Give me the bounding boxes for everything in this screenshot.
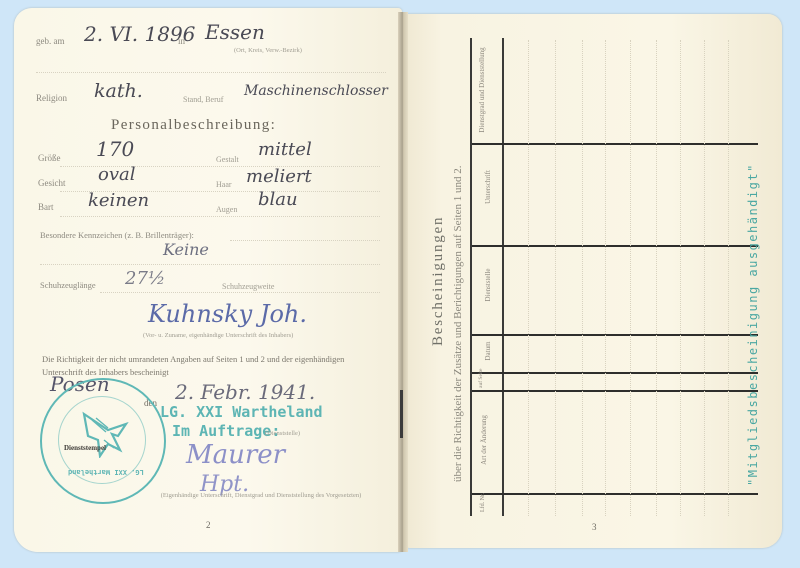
row-guide (555, 40, 556, 516)
signature-hint: (Eigenhändige Unterschrift, Dienstgrad u… (143, 491, 379, 500)
holder-signature-hint: (Vor- u. Zuname, eigenhändige Unterschri… (143, 332, 293, 339)
column-separator (472, 493, 758, 495)
birth-place-hint: (Ort, Kreis, Verw.-Bezirk) (234, 47, 302, 54)
eyes-label: Augen (216, 205, 237, 214)
book-spine (398, 12, 408, 552)
column-separator (472, 143, 758, 145)
build-label: Gestalt (216, 155, 239, 164)
special-marks-label: Besondere Kennzeichen (z. B. Brillenträg… (40, 230, 194, 240)
certificates-subtitle: über die Richtigkeit der Zusätze und Ber… (452, 166, 464, 482)
religion-value: kath. (94, 80, 143, 102)
round-stamp-inner-text: LG. XXI Wartheland (68, 468, 144, 476)
height-label: Größe (38, 153, 61, 163)
row-guide (605, 40, 606, 516)
personal-description-heading: Personalbeschreibung: (111, 117, 276, 134)
rule (36, 72, 386, 73)
column-header-rank: Dienstgrad und Dienststellung (478, 40, 486, 140)
table-border-left (470, 38, 472, 516)
in-label: in (178, 36, 185, 46)
column-separator (472, 390, 758, 392)
row-guide (680, 40, 681, 516)
row-guide (528, 40, 529, 516)
column-header-seq-no: Lfd. Nr. (480, 494, 487, 512)
row-guide (704, 40, 705, 516)
row-guide (582, 40, 583, 516)
office-stamp-line1: LG. XXI Wartheland (160, 403, 323, 421)
rule (60, 216, 380, 217)
occupation-value: Maschinenschlosser (244, 83, 388, 99)
build-value: mittel (258, 139, 312, 160)
column-header-page: auf Seite (478, 372, 484, 388)
shoe-width-label: Schuhzeugweite (222, 282, 274, 291)
hair-label: Haar (216, 180, 232, 189)
service-stamp-label: Dienststempel (64, 444, 106, 452)
face-label: Gesicht (38, 178, 66, 188)
beard-label: Bart (38, 202, 54, 212)
typed-membership-note: "Mitgliedsbescheinigung ausgehändigt" (746, 163, 760, 486)
hair-value: meliert (246, 166, 312, 187)
office-hint: (Dienststelle) (265, 430, 300, 437)
religion-label: Religion (36, 93, 67, 103)
shoe-length-value: 27½ (125, 268, 165, 289)
certificates-title: Bescheinigungen (430, 216, 447, 346)
special-marks-value: Keine (163, 240, 209, 259)
column-header-date: Datum (484, 334, 492, 368)
column-separator (472, 334, 758, 336)
rule (40, 264, 380, 265)
staple (400, 390, 403, 438)
shoe-length-label: Schuhzeuglänge (40, 280, 96, 290)
page-number-right: 3 (592, 522, 597, 532)
row-guide (728, 40, 729, 516)
certification-date: 2. Febr. 1941. (175, 380, 315, 404)
beard-value: keinen (88, 190, 149, 211)
page-number-left: 2 (206, 520, 211, 530)
face-value: oval (98, 164, 136, 185)
rule (230, 240, 380, 241)
superior-signature: Maurer (186, 440, 285, 470)
rule (100, 292, 380, 293)
table-header-divider (502, 38, 504, 516)
column-header-signature: Unterschrift (484, 152, 492, 222)
holder-signature: Kuhnsky Joh. (148, 300, 307, 328)
row-guide (630, 40, 631, 516)
height-value: 170 (96, 137, 134, 161)
born-on-label: geb. am (36, 36, 65, 46)
column-header-change-type: Art der Änderung (480, 410, 488, 470)
row-guide (656, 40, 657, 516)
occupation-label: Stand, Beruf (183, 95, 223, 104)
column-header-office: Dienststelle (484, 250, 492, 320)
birth-place-value: Essen (205, 20, 265, 44)
column-separator (472, 245, 758, 247)
eyes-value: blau (258, 189, 298, 210)
column-separator (472, 372, 758, 374)
